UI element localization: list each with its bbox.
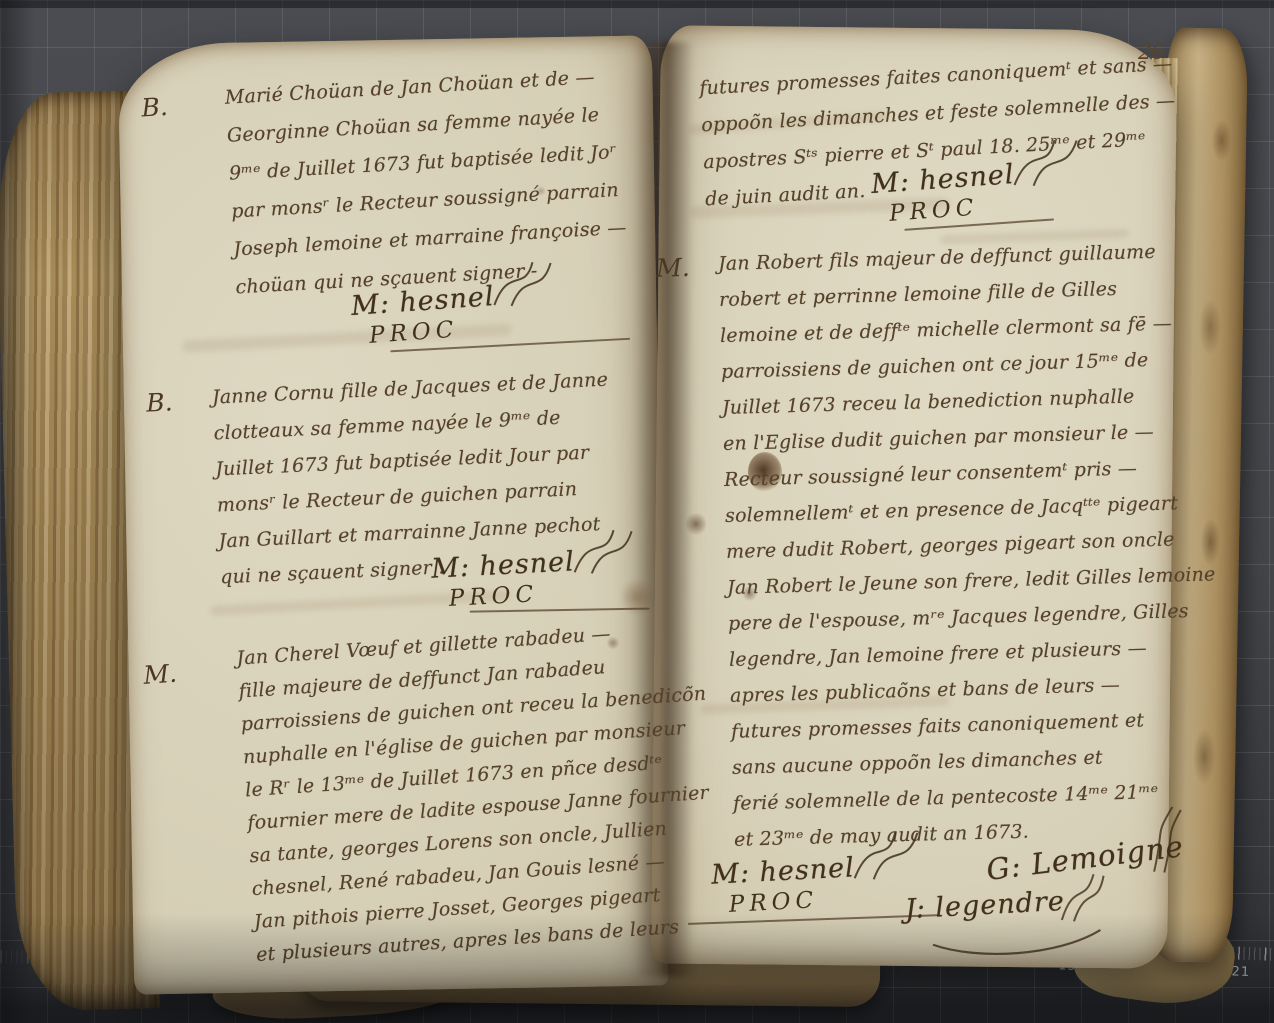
- entry-marker: B.: [146, 389, 173, 415]
- signature-hesnel: M: hesnel PROC: [350, 283, 497, 349]
- entry-marker: M.: [143, 661, 178, 688]
- signature-flourish: [1053, 870, 1110, 927]
- ruler-number: 21: [1231, 964, 1250, 980]
- signature-flourish: [486, 258, 561, 311]
- signature-name: M: hesnel: [711, 852, 856, 890]
- signature-hesnel: M: hesnel PROC: [870, 161, 1017, 227]
- marriage-entry-right: M. Jan Robert fils majeur de deffunct gu…: [656, 232, 1223, 859]
- entry-marker: M.: [656, 255, 690, 281]
- entry-marker: B.: [141, 94, 169, 120]
- signature-legendre: J: legendre: [904, 888, 1065, 923]
- signature-hesnel: M: hesnel PROC: [431, 548, 577, 611]
- signature-flourish: [568, 527, 642, 579]
- photo-background: 20 21 15 16 17 18 19 20 21 26 B.: [0, 0, 1274, 1023]
- signature-flourish: [847, 828, 930, 884]
- signature-name: M: hesnel: [431, 546, 576, 584]
- signature-flourish: [1006, 136, 1089, 191]
- signature-hesnel: M: hesnel PROC: [711, 854, 857, 917]
- signature-flourish: [1138, 804, 1192, 879]
- marriage-entry-left: M. Jan Cherel Vœuf et gillette rabadeu —…: [142, 612, 723, 978]
